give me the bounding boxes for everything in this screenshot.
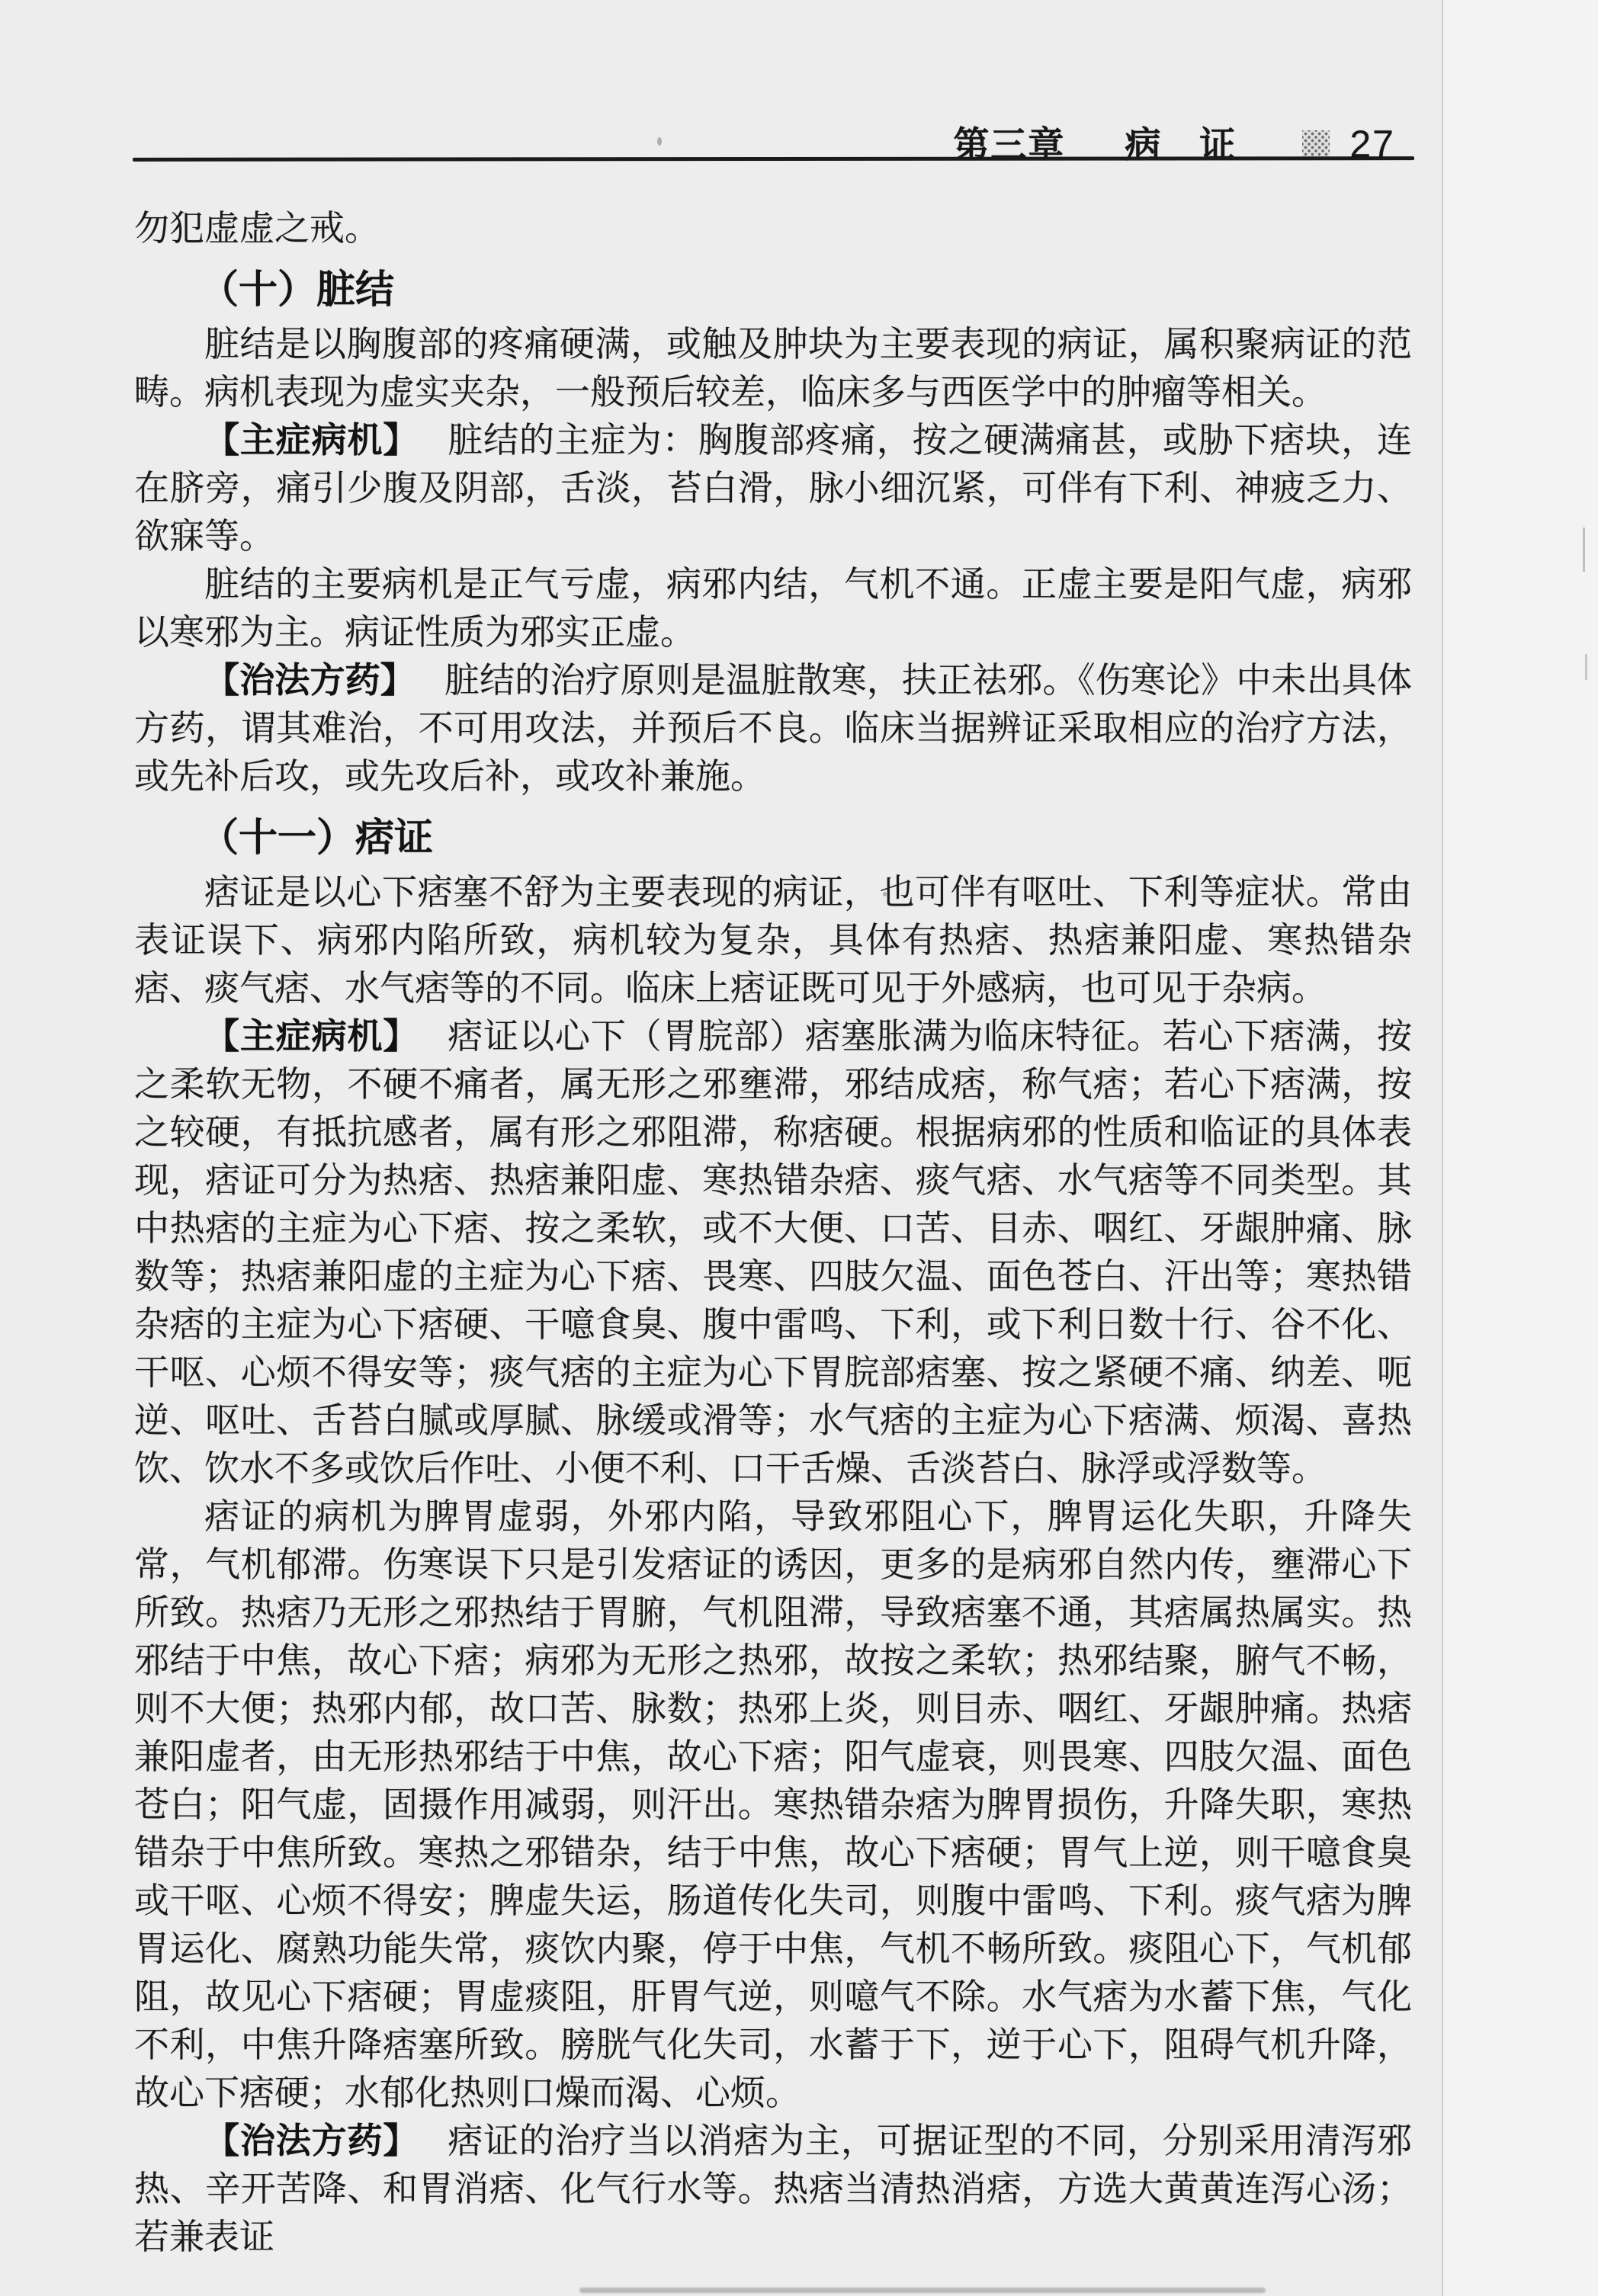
paragraph: 【治法方药】脏结的治疗原则是温脏散寒，扶正祛邪。《伤寒论》中未出具体方药，谓其难… — [134, 656, 1412, 800]
paragraph-label: 【主症病机】 — [204, 420, 419, 460]
paragraph: 脏结的主要病机是正气亏虚，病邪内结，气机不通。正虚主要是阳气虚，病邪以寒邪为主。… — [134, 560, 1412, 656]
body-text: 勿犯虚虚之戒。（十）脏结脏结是以胸腹部的疼痛硬满，或触及肿块为主要表现的病证，属… — [134, 204, 1412, 2261]
paragraph-label: 【治法方药】 — [204, 2121, 419, 2160]
scan-speck — [657, 137, 662, 146]
page-right-margin — [1443, 0, 1598, 2296]
scan-speck — [883, 892, 887, 896]
paragraph: 痞证的病机为脾胃虚弱，外邪内陷，导致邪阻心下，脾胃运化失职，升降失常，气机郁滞。… — [134, 1493, 1412, 2117]
scan-bottom-shadow — [579, 2288, 1266, 2293]
paragraph: 痞证是以心下痞塞不舒为主要表现的病证，也可伴有呕吐、下利等症状。常由表证误下、病… — [134, 868, 1412, 1012]
scan-page-edge-line — [1442, 0, 1443, 2296]
paragraph: 【主症病机】脏结的主症为：胸腹部疼痛，按之硬满痛甚，或胁下痞块，连在脐旁，痛引少… — [134, 416, 1412, 560]
paragraph: 脏结是以胸腹部的疼痛硬满，或触及肿块为主要表现的病证，属积聚病证的范畴。病机表现… — [134, 320, 1412, 416]
paragraph: 【治法方药】痞证的治疗当以消痞为主，可据证型的不同，分别采用清泻邪热、辛开苦降、… — [134, 2117, 1412, 2261]
section-heading: （十）脏结 — [134, 265, 1412, 313]
paragraph-label: 【主症病机】 — [204, 1016, 419, 1056]
scanned-page: { "header": { "chapter": "第三章", "title":… — [0, 0, 1598, 2296]
continuation-line: 勿犯虚虚之戒。 — [134, 204, 1412, 252]
scan-artifact-tick — [1583, 528, 1585, 572]
paragraph-label: 【治法方药】 — [204, 660, 416, 700]
halftone-square-icon — [1302, 130, 1330, 158]
paragraph: 【主症病机】痞证以心下（胃脘部）痞塞胀满为临床特征。若心下痞满，按之柔软无物，不… — [134, 1012, 1412, 1493]
scan-artifact-tick — [1585, 654, 1587, 680]
section-heading: （十一）痞证 — [134, 813, 1412, 861]
